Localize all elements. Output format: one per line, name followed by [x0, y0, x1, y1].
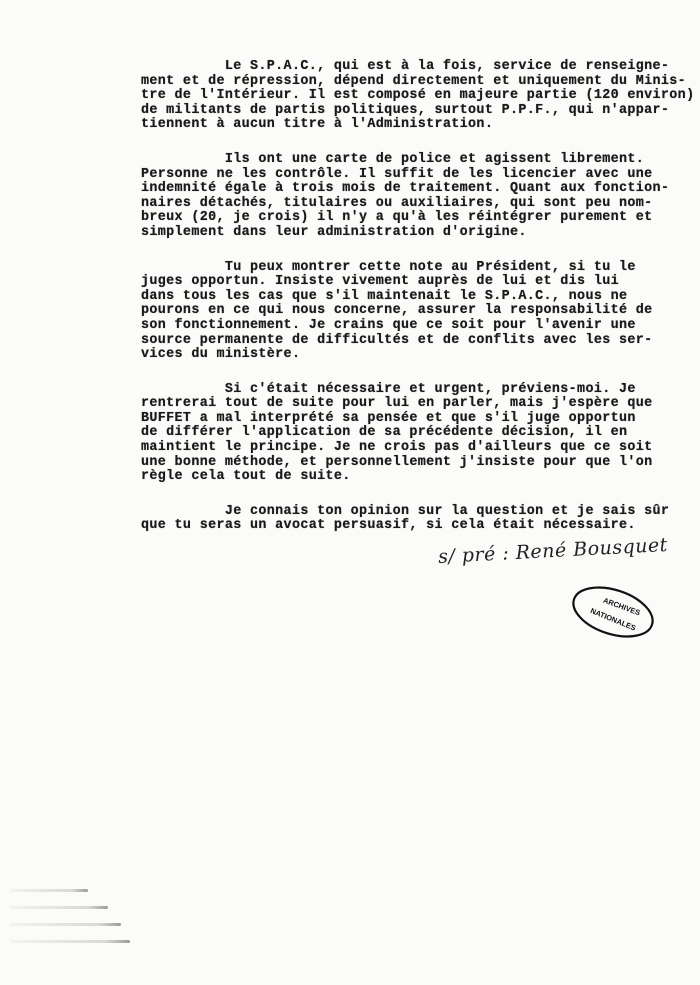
text-line: dans tous les cas que s'il maintenait le… [141, 290, 691, 305]
scanned-document-page: Le S.P.A.C., qui est à la fois, service … [0, 0, 700, 985]
text-line: Personne ne les contrôle. Il suffit de l… [141, 168, 691, 183]
text-line: Ils ont une carte de police et agissent … [141, 153, 691, 168]
text-line: de militants de partis politiques, surto… [141, 104, 691, 119]
text-line: BUFFET a mal interprété sa pensée et que… [141, 412, 691, 427]
text-line: Le S.P.A.C., qui est à la fois, service … [141, 60, 691, 75]
text-line: maintient le principe. Je ne crois pas d… [141, 441, 691, 456]
text-line: naires détachés, titulaires ou auxiliair… [141, 197, 691, 212]
text-line: règle cela tout de suite. [141, 470, 691, 485]
paragraph: Ils ont une carte de police et agissent … [141, 153, 691, 241]
archives-nationales-stamp: ARCHIVES NATIONALES [568, 584, 658, 640]
text-line: indemnité égale à trois mois de traiteme… [141, 182, 691, 197]
paragraph: Le S.P.A.C., qui est à la fois, service … [141, 60, 691, 133]
text-line: Je connais ton opinion sur la question e… [141, 505, 691, 520]
text-line: juges opportun. Insiste vivement auprès … [141, 275, 691, 290]
paragraph: Si c'était nécessaire et urgent, prévien… [141, 383, 691, 485]
text-line: son fonctionnement. Je crains que ce soi… [141, 319, 691, 334]
text-line: une bonne méthode, et personnellement j'… [141, 456, 691, 471]
text-line: de différer l'application de sa précéden… [141, 426, 691, 441]
text-line: ment et de répression, dépend directemen… [141, 75, 691, 90]
text-line: Tu peux montrer cette note au Président,… [141, 261, 691, 276]
text-line: Si c'était nécessaire et urgent, prévien… [141, 383, 691, 398]
text-line: simplement dans leur administration d'or… [141, 226, 691, 241]
scan-artifact-smudge [10, 875, 140, 970]
text-line: vices du ministère. [141, 348, 691, 363]
text-line: breux (20, je crois) il n'y a qu'à les r… [141, 211, 691, 226]
stamp-oval-icon: ARCHIVES NATIONALES [568, 584, 658, 640]
letter-body: Le S.P.A.C., qui est à la fois, service … [141, 60, 691, 554]
text-line: que tu seras un avocat persuasif, si cel… [141, 519, 691, 534]
text-line: rentrerai tout de suite pour lui en parl… [141, 397, 691, 412]
text-line: source permanente de difficultés et de c… [141, 334, 691, 349]
text-line: tiennent à aucun titre à l'Administratio… [141, 118, 691, 133]
paragraph: Tu peux montrer cette note au Président,… [141, 261, 691, 363]
text-line: tre de l'Intérieur. Il est composé en ma… [141, 89, 691, 104]
paragraph: Je connais ton opinion sur la question e… [141, 505, 691, 534]
text-line: pourons en ce qui nous concerne, assurer… [141, 304, 691, 319]
